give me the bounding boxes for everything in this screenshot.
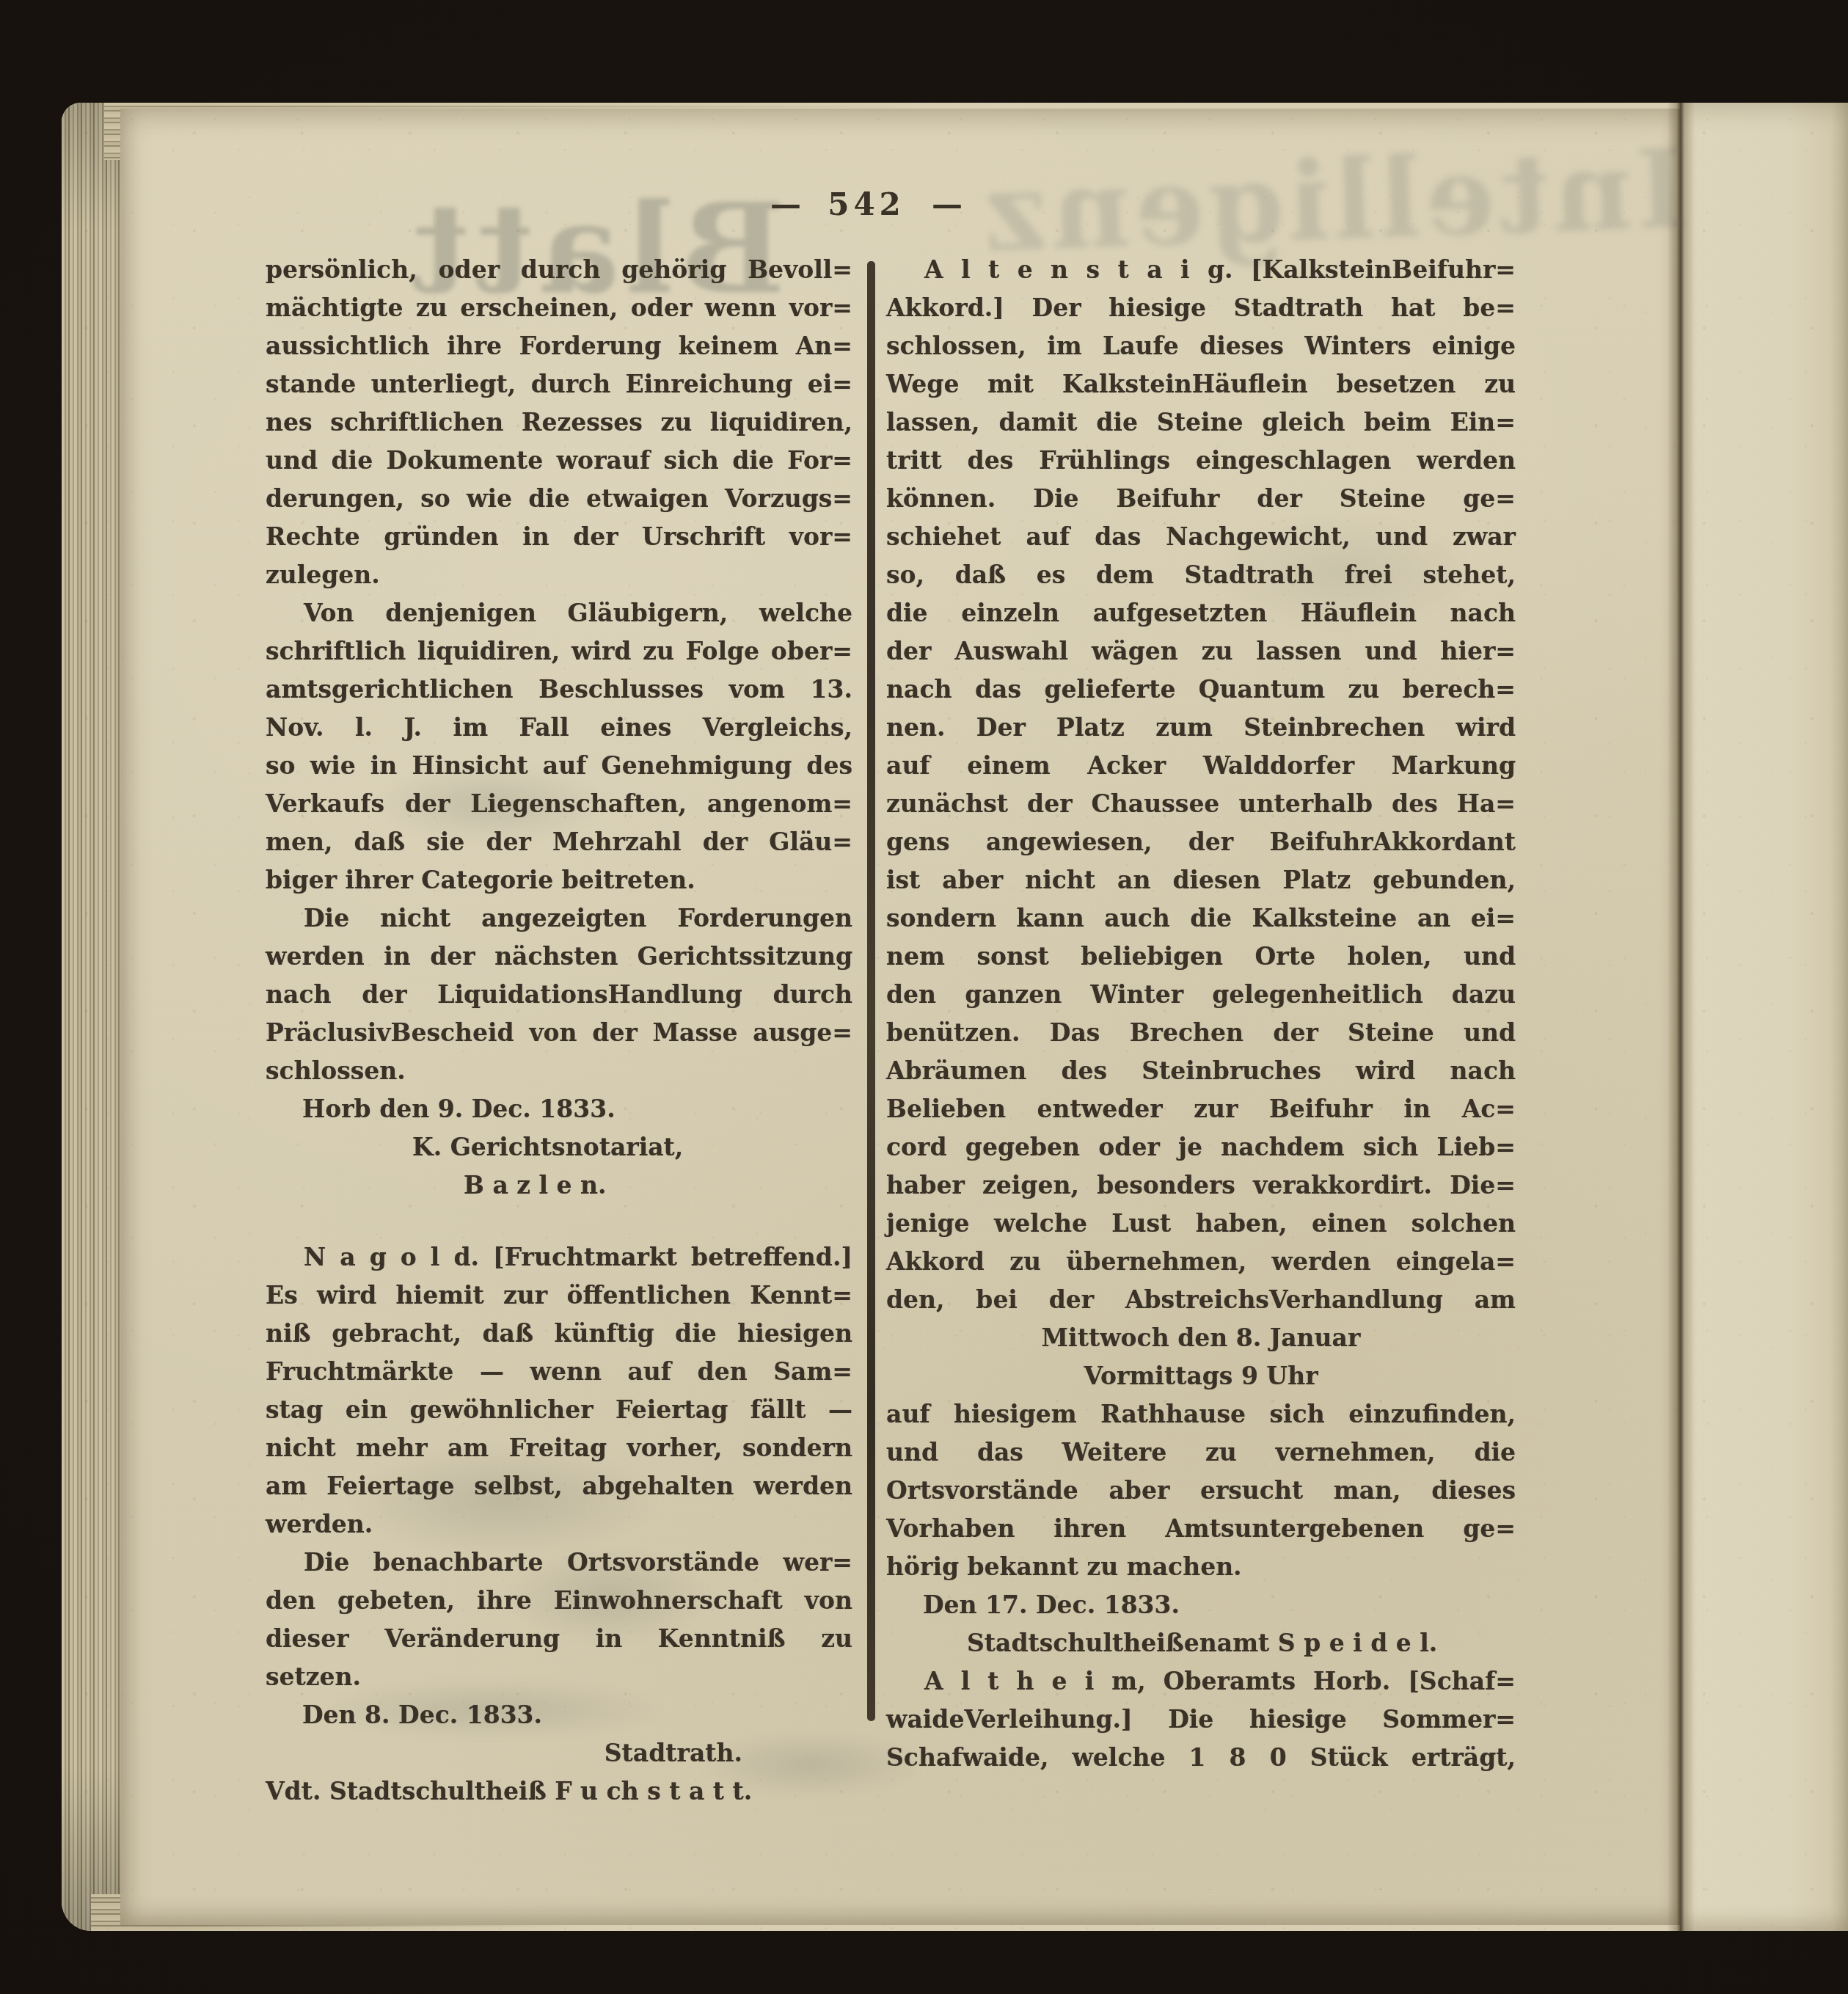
text-line: Abräumen des Steinbruches wird nach bbox=[886, 1052, 1516, 1090]
text-line: Von denjenigen Gläubigern, welche bbox=[266, 594, 852, 632]
text-line: nicht mehr am Freitag vorher, sondern bbox=[266, 1429, 852, 1467]
text-line: K. Gerichtsnotariat, bbox=[266, 1128, 852, 1166]
page-number-header: — 542 — bbox=[770, 183, 963, 224]
text-line: schlossen. bbox=[266, 1052, 852, 1090]
text-line: ist aber nicht an diesen Platz gebunden, bbox=[886, 861, 1516, 899]
text-line: A l t h e i m, Oberamts Horb. [Schaf= bbox=[886, 1662, 1516, 1701]
text-line: B a z l e n. bbox=[266, 1166, 852, 1205]
text-line: nen. Der Platz zum Steinbrechen wird bbox=[886, 709, 1516, 747]
text-line: cord gegeben oder je nachdem sich Lieb= bbox=[886, 1128, 1516, 1166]
text-line: hörig bekannt zu machen. bbox=[886, 1548, 1516, 1586]
text-line: Wege mit KalksteinHäuflein besetzen zu bbox=[886, 365, 1516, 403]
text-line: waideVerleihung.] Die hiesige Sommer= bbox=[886, 1701, 1516, 1739]
text-line: den gebeten, ihre Einwohnerschaft von bbox=[266, 1582, 852, 1620]
text-line: Nov. l. J. im Fall eines Vergleichs, bbox=[266, 709, 852, 747]
text-line: Verkaufs der Liegenschaften, angenom= bbox=[266, 785, 852, 823]
text-line: tritt des Frühlings eingeschlagen werden bbox=[886, 442, 1516, 480]
header-dash-right: — bbox=[932, 186, 963, 222]
text-line: und das Weitere zu vernehmen, die bbox=[886, 1434, 1516, 1472]
text-line: Ortsvorstände aber ersucht man, dieses bbox=[886, 1472, 1516, 1510]
text-line: können. Die Beifuhr der Steine ge= bbox=[886, 480, 1516, 518]
text-line: niß gebracht, daß künftig die hiesigen bbox=[266, 1315, 852, 1353]
left-text-column: persönlich, oder durch gehörig Bevoll=mä… bbox=[266, 251, 852, 1811]
text-line: Horb den 9. Dec. 1833. bbox=[266, 1090, 852, 1128]
text-line: werden in der nächsten Gerichtssitzung bbox=[266, 938, 852, 976]
page-edge-stack-left bbox=[62, 103, 122, 1931]
text-line: stande unterliegt, durch Einreichung ei= bbox=[266, 365, 852, 403]
page-number: 542 bbox=[828, 186, 905, 222]
text-line: den, bei der AbstreichsVerhandlung am bbox=[886, 1281, 1516, 1319]
text-line: auf hiesigem Rathhause sich einzufinden, bbox=[886, 1395, 1516, 1434]
text-line: und die Dokumente worauf sich die For= bbox=[266, 442, 852, 480]
text-line: Stadtrath. bbox=[266, 1734, 852, 1772]
text-line: Schafwaide, welche 1 8 0 Stück erträgt, bbox=[886, 1739, 1516, 1777]
right-text-column: A l t e n s t a i g. [KalksteinBeifuhr=A… bbox=[886, 251, 1516, 1777]
text-line: gens angewiesen, der BeifuhrAkkordant bbox=[886, 823, 1516, 861]
text-line: persönlich, oder durch gehörig Bevoll= bbox=[266, 251, 852, 289]
text-line: nem sonst beliebigen Orte holen, und bbox=[886, 938, 1516, 976]
text-line: jenige welche Lust haben, einen solchen bbox=[886, 1205, 1516, 1243]
text-line: Vormittags 9 Uhr bbox=[886, 1357, 1516, 1395]
text-line: Den 17. Dec. 1833. bbox=[886, 1586, 1516, 1624]
text-line: setzen. bbox=[266, 1658, 852, 1696]
text-line: dieser Veränderung in Kenntniß zu bbox=[266, 1620, 852, 1658]
text-line: haber zeigen, besonders verakkordirt. Di… bbox=[886, 1166, 1516, 1205]
text-line: schiehet auf das Nachgewicht, und zwar bbox=[886, 518, 1516, 556]
text-line: Den 8. Dec. 1833. bbox=[266, 1696, 852, 1734]
column-divider-rule bbox=[867, 261, 875, 1721]
text-line: Die benachbarte Ortsvorstände wer= bbox=[266, 1544, 852, 1582]
adjacent-page-surface bbox=[1680, 103, 1848, 1931]
text-line: so wie in Hinsicht auf Genehmigung des bbox=[266, 747, 852, 785]
text-line: PräclusivBescheid von der Masse ausge= bbox=[266, 1014, 852, 1052]
text-line: den ganzen Winter gelegenheitlich dazu bbox=[886, 976, 1516, 1014]
text-line: Mittwoch den 8. Januar bbox=[886, 1319, 1516, 1357]
text-line: werden. bbox=[266, 1505, 852, 1544]
text-line: amtsgerichtlichen Beschlusses vom 13. bbox=[266, 671, 852, 709]
text-line: stag ein gewöhnlicher Feiertag fällt — bbox=[266, 1391, 852, 1429]
text-line: so, daß es dem Stadtrath frei stehet, bbox=[886, 556, 1516, 594]
text-line: biger ihrer Categorie beitreten. bbox=[266, 861, 852, 899]
text-line: Rechte gründen in der Urschrift vor= bbox=[266, 518, 852, 556]
text-line: schlossen, im Laufe dieses Winters einig… bbox=[886, 327, 1516, 365]
text-line: nach das gelieferte Quantum zu berech= bbox=[886, 671, 1516, 709]
text-line: zunächst der Chaussee unterhalb des Ha= bbox=[886, 785, 1516, 823]
text-line: schriftlich liquidiren, wird zu Folge ob… bbox=[266, 632, 852, 671]
text-line: Akkord.] Der hiesige Stadtrath hat be= bbox=[886, 289, 1516, 327]
text-line: der Auswahl wägen zu lassen und hier= bbox=[886, 632, 1516, 671]
text-line: Fruchtmärkte — wenn auf den Sam= bbox=[266, 1353, 852, 1391]
text-line: men, daß sie der Mehrzahl der Gläu= bbox=[266, 823, 852, 861]
text-line: derungen, so wie die etwaigen Vorzugs= bbox=[266, 480, 852, 518]
text-line: N a g o l d. [Fruchtmarkt betreffend.] bbox=[266, 1238, 852, 1277]
text-line: Vdt. Stadtschultheiß F u ch s t a t t. bbox=[266, 1772, 852, 1811]
text-line: Es wird hiemit zur öffentlichen Kennt= bbox=[266, 1277, 852, 1315]
text-line: nach der LiquidationsHandlung durch bbox=[266, 976, 852, 1014]
text-line: sondern kann auch die Kalksteine an ei= bbox=[886, 899, 1516, 938]
text-line: Vorhaben ihren Amtsuntergebenen ge= bbox=[886, 1510, 1516, 1548]
gutter-crease bbox=[1667, 103, 1695, 1931]
text-line: auf einem Acker Walddorfer Markung bbox=[886, 747, 1516, 785]
text-line: zulegen. bbox=[266, 556, 852, 594]
text-line: die einzeln aufgesetzten Häuflein nach bbox=[886, 594, 1516, 632]
text-line: nes schriftlichen Rezesses zu liquidiren… bbox=[266, 403, 852, 442]
text-line: Belieben entweder zur Beifuhr in Ac= bbox=[886, 1090, 1516, 1128]
text-line: am Feiertage selbst, abgehalten werden bbox=[266, 1467, 852, 1505]
text-line: Stadtschultheißenamt S p e i d e l. bbox=[886, 1624, 1516, 1662]
text-line: lassen, damit die Steine gleich beim Ein… bbox=[886, 403, 1516, 442]
text-line: mächtigte zu erscheinen, oder wenn vor= bbox=[266, 289, 852, 327]
text-line: Akkord zu übernehmen, werden eingela= bbox=[886, 1243, 1516, 1281]
scanned-book-page: Blatt Intelligenz — 542 — persönlich, od… bbox=[0, 0, 1848, 1994]
text-line: benützen. Das Brechen der Steine und bbox=[886, 1014, 1516, 1052]
text-line: aussichtlich ihre Forderung keinem An= bbox=[266, 327, 852, 365]
header-dash-left: — bbox=[770, 186, 801, 222]
text-line: A l t e n s t a i g. [KalksteinBeifuhr= bbox=[886, 251, 1516, 289]
text-line: Die nicht angezeigten Forderungen bbox=[266, 899, 852, 938]
